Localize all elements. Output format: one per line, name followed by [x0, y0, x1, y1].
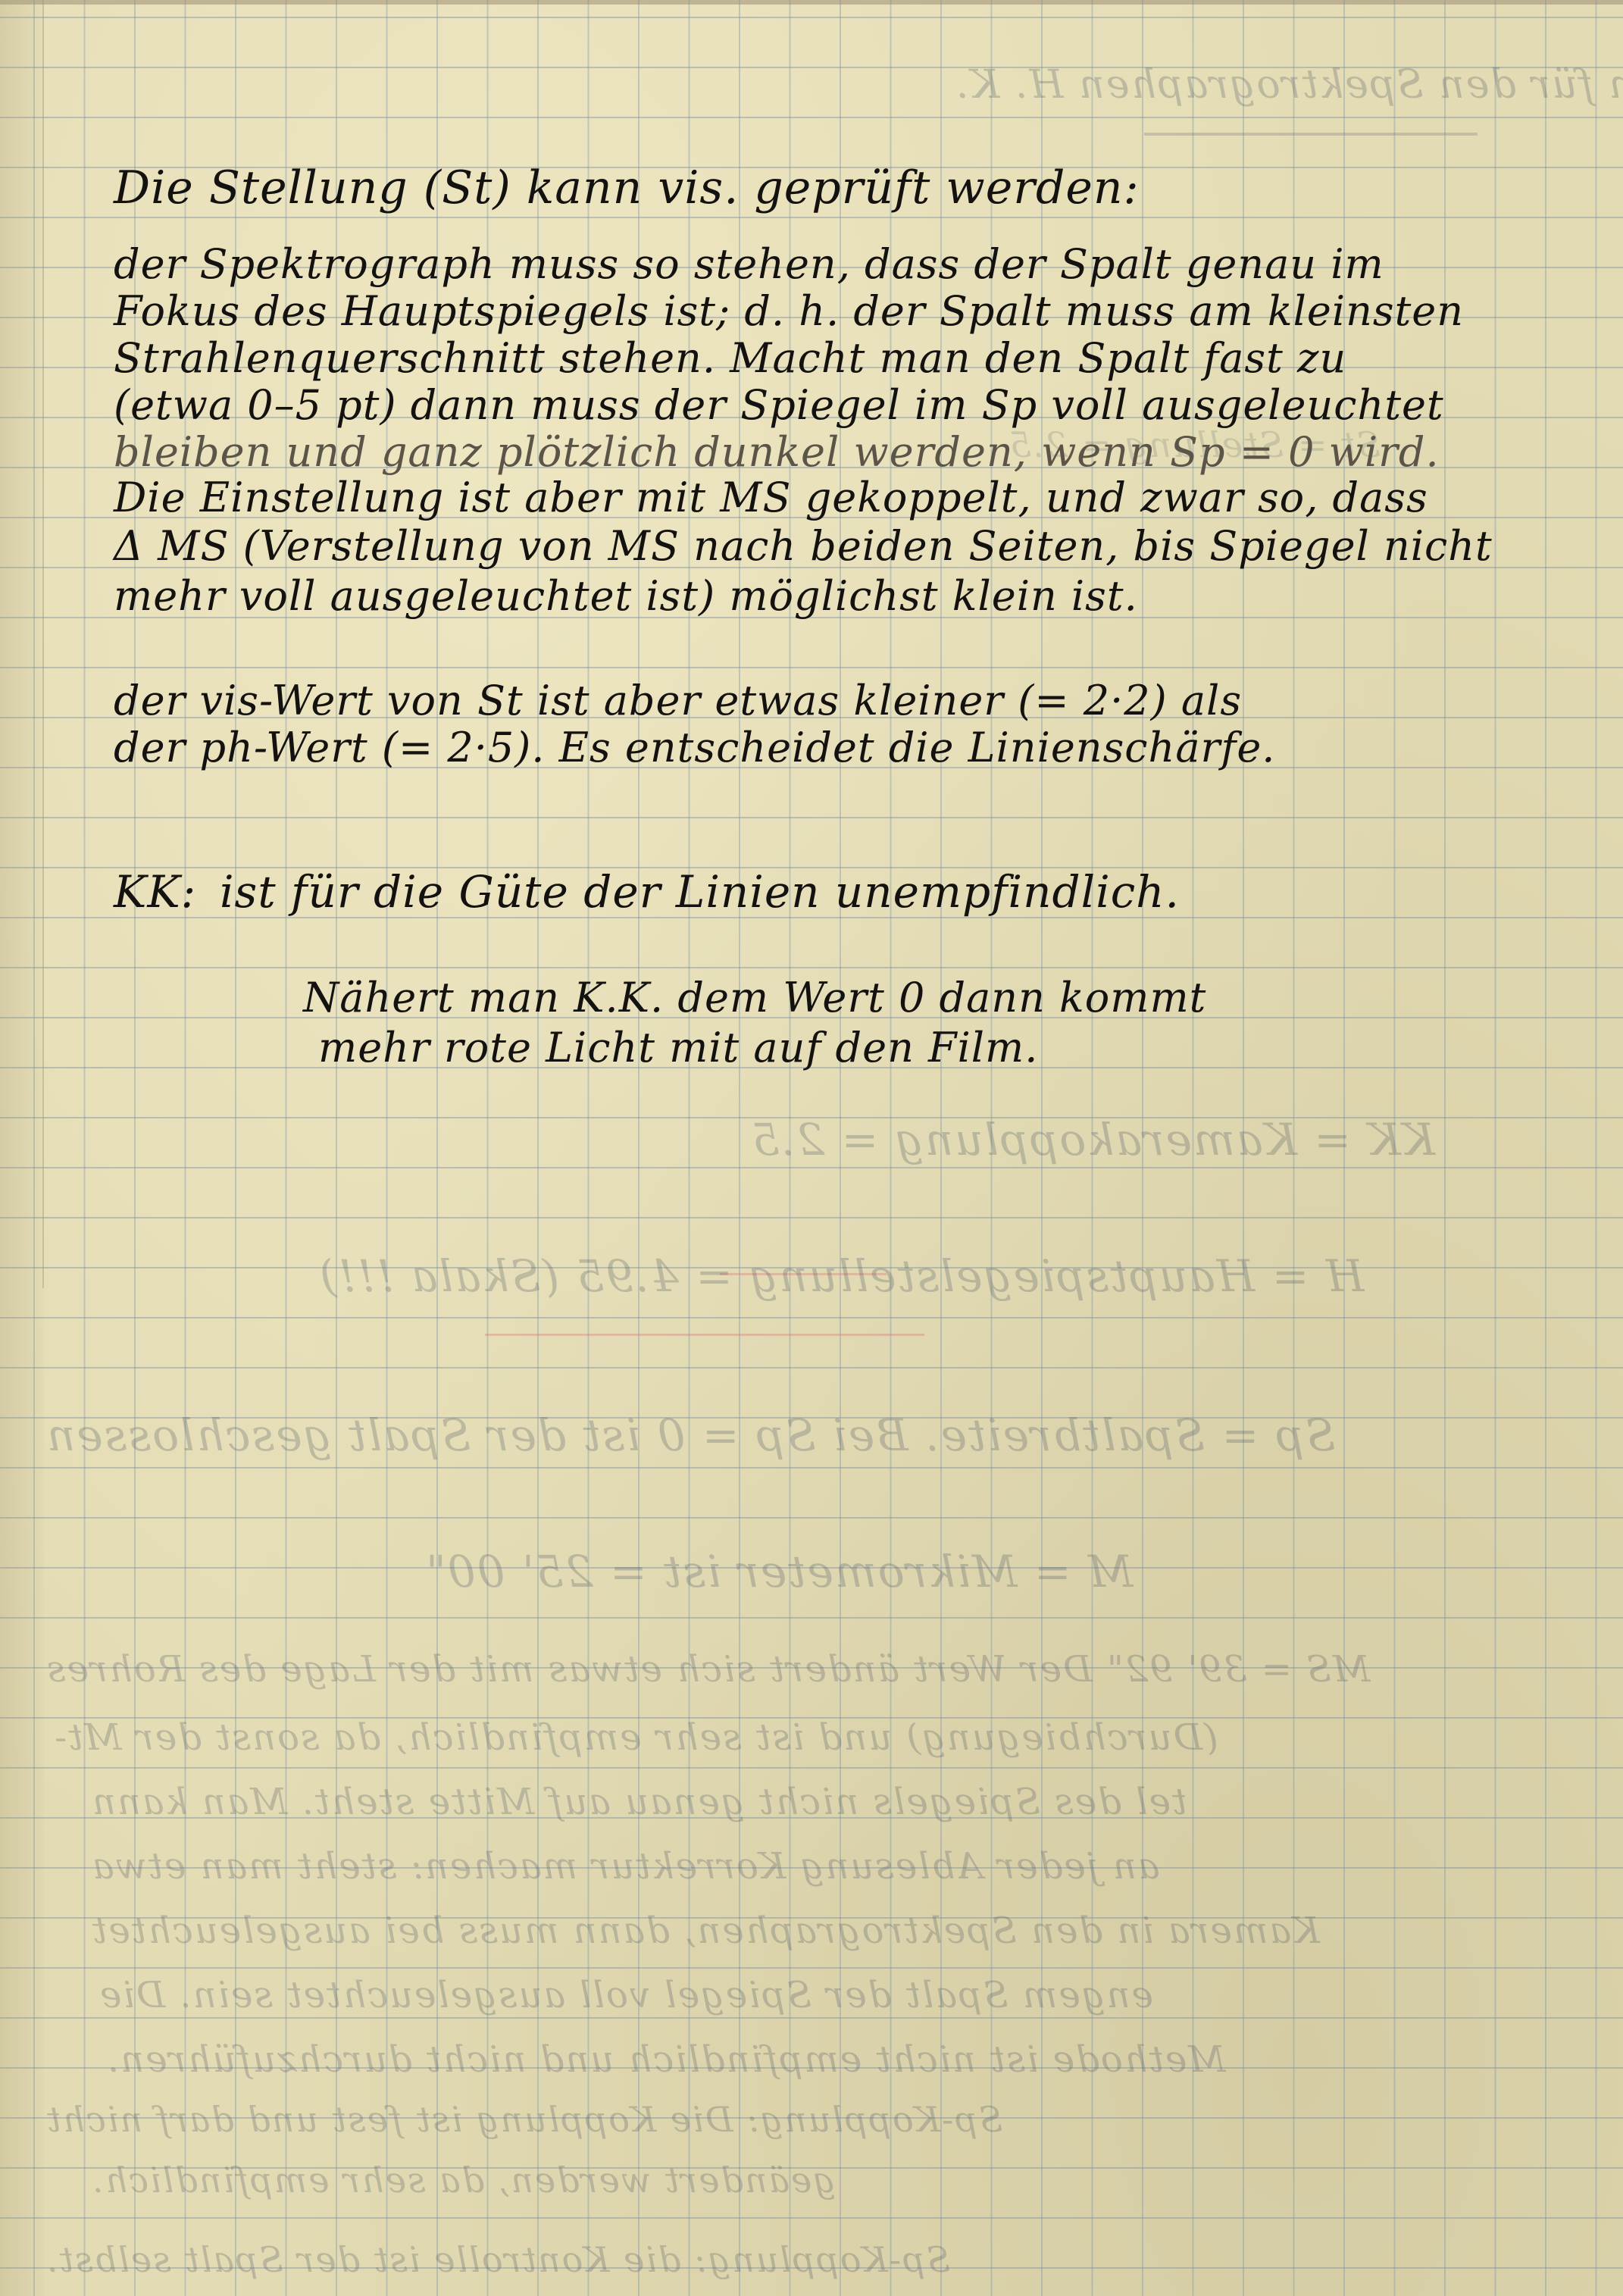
heading-line: Die Stellung (St) kann vis. geprüft werd… [114, 165, 1140, 211]
bleed-line: (Durchbiegung) und ist sehr empfindlich,… [53, 1716, 1218, 1759]
bleed-header-rule [1144, 133, 1478, 136]
bleed-red-underline [485, 1334, 924, 1336]
bleed-line: tel des Spiegels nicht genau auf Mitte s… [91, 1781, 1187, 1823]
bleed-line: Sp-Kopplung: Die Kopplung ist fest und d… [45, 2099, 1002, 2140]
text-line: Die Einstellung ist aber mit MS gekoppel… [114, 477, 1428, 518]
bleed-line: M = Mikrometer ist = 25' 00" [424, 1546, 1133, 1597]
bleed-line: H = Hauptspiegelstellung = 4.95 (Skala !… [318, 1250, 1364, 1302]
bleed-line: geändert werden, da sehr empfindlich. [91, 2160, 836, 2201]
bleed-header: Daten für den Spektrographen H. K. [955, 62, 1623, 108]
bleed-line: an jeder Ablesung Korrektur machen: steh… [91, 1845, 1159, 1888]
kk-subline: Nähert man K.K. dem Wert 0 dann kommt [303, 978, 1206, 1018]
text-line: Fokus des Hauptspiegels ist; d. h. der S… [114, 291, 1464, 332]
text-line: Strahlenquerschnitt stehen. Macht man de… [114, 338, 1346, 379]
paper-left-margin-shadow [0, 0, 44, 2296]
kk-label: KK: [114, 870, 196, 914]
fold-crease [42, 0, 44, 1288]
bleed-line: Sp-Kopplung: die Kontrolle ist der Spalt… [45, 2239, 950, 2280]
text-line: (etwa 0–5 pt) dann muss der Spiegel im S… [114, 385, 1444, 426]
bleed-line: Methode ist nicht empfindlich und nicht … [106, 2038, 1225, 2081]
text-line: Δ MS (Verstellung von MS nach beiden Sei… [114, 526, 1493, 567]
kk-text: ist für die Güte der Linien unempfindlic… [220, 870, 1180, 914]
bleed-line: Kamera in den Spektrographen, dann muss … [91, 1910, 1320, 1952]
kk-subline: mehr rote Licht mit auf den Film. [318, 1028, 1038, 1068]
paper-top-edge [0, 0, 1623, 5]
text-line: mehr voll ausgeleuchtet ist) möglichst k… [114, 576, 1138, 617]
text-line: der ph-Wert (= 2·5). Es entscheidet die … [114, 727, 1275, 768]
text-line: bleiben und ganz plötzlich dunkel werden… [114, 432, 1440, 473]
bleed-line: Sp = Spaltbreite. Bei Sp = 0 ist der Spa… [45, 1409, 1336, 1461]
bleed-line: engem Spalt der Spiegel voll ausgeleucht… [99, 1974, 1153, 2016]
bleed-line: KK = Kamerakopplung = 2.5 [750, 1114, 1435, 1165]
text-line: der vis-Wert von St ist aber etwas klein… [114, 680, 1242, 721]
bleed-line: MS = 39' 92" Der Wert ändert sich etwas … [45, 1648, 1370, 1691]
text-line: der Spektrograph muss so stehen, dass de… [114, 244, 1384, 285]
